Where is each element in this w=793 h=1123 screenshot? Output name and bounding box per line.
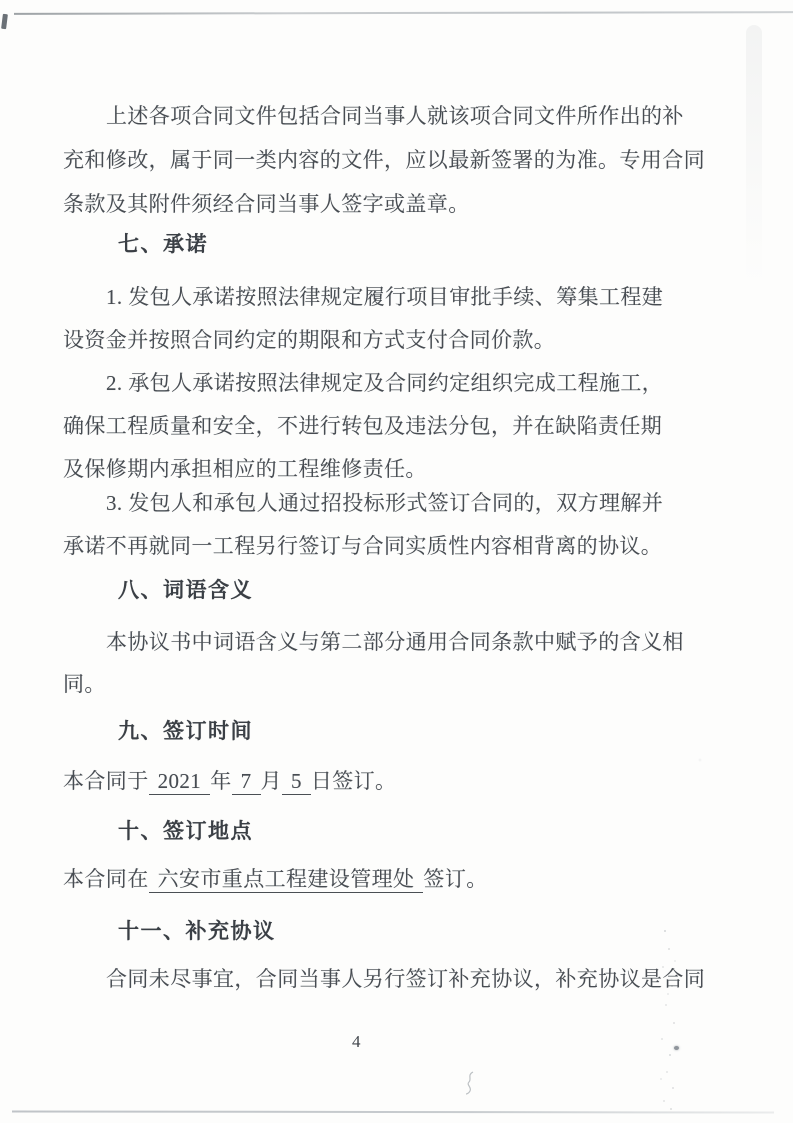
scan-artifact-top-edge [14,11,793,15]
sign-place-prefix: 本合同在 [63,867,149,891]
definitions-line-2: 同。 [63,671,106,697]
scan-artifact-smudge [746,25,762,285]
scan-artifact-corner-mark [1,14,8,29]
sign-date-prefix: 本合同于 [63,769,149,793]
scan-artifact-bottom-edge [12,1110,774,1113]
section-heading-signing-time: 九、签订时间 [118,719,253,745]
page-number: 4 [352,1032,361,1052]
section-heading-definitions: 八、词语含义 [118,578,253,604]
scan-artifact-squiggle [463,1070,477,1096]
definitions-line-1: 本协议书中词语含义与第二部分通用合同条款中赋予的含义相 [106,629,684,655]
section-heading-supplementary: 十一、补充协议 [118,919,276,945]
sign-date-year: 2021 [149,768,211,795]
promise-3-line-2: 承诺不再就同一工程另行签订与合同实质性内容相背离的协议。 [63,533,662,559]
promise-2-line-2: 确保工程质量和安全，不进行转包及违法分包，并在缺陷责任期 [63,413,662,439]
intro-line-1: 上述各项合同文件包括合同当事人就该项合同文件所作出的补 [106,103,684,129]
promise-2-line-1: 2. 承包人承诺按照法律规定及合同约定组织完成工程施工， [106,370,663,396]
sign-date-month-unit: 月 [261,769,282,793]
sign-date-year-unit: 年 [210,769,231,793]
sign-place-value: 六安市重点工程建设管理处 [149,866,424,893]
supplementary-line-1: 合同未尽事宜，合同当事人另行签订补充协议，补充协议是合同 [106,966,705,992]
promise-1-line-1: 1. 发包人承诺按照法律规定履行项目审批手续、筹集工程建 [106,284,663,310]
promise-1-line-2: 设资金并按照合同约定的期限和方式支付合同价款。 [63,327,555,353]
sign-place-line: 本合同在六安市重点工程建设管理处签订。 [63,866,488,893]
promise-3-line-1: 3. 发包人和承包人通过招投标形式签订合同的，双方理解并 [106,490,663,516]
scan-artifact-dot [674,1046,679,1050]
intro-line-3: 条款及其附件须经合同当事人签字或盖章。 [63,191,470,217]
section-heading-signing-place: 十、签订地点 [118,819,253,845]
intro-line-2: 充和修改，属于同一类内容的文件，应以最新签署的为准。专用合同 [63,147,705,173]
promise-2-line-3: 及保修期内承担相应的工程维修责任。 [63,456,427,482]
sign-place-suffix: 签订。 [423,867,487,891]
sign-date-month: 7 [232,768,261,795]
sign-date-line: 本合同于2021年7月5日签订。 [63,768,396,795]
sign-date-day: 5 [282,768,311,795]
scanned-contract-page: 上述各项合同文件包括合同当事人就该项合同文件所作出的补 充和修改，属于同一类内容… [0,0,793,1123]
scan-artifact-speckles [664,930,666,932]
section-heading-promises: 七、承诺 [118,232,208,258]
sign-date-suffix: 日签订。 [311,769,397,793]
